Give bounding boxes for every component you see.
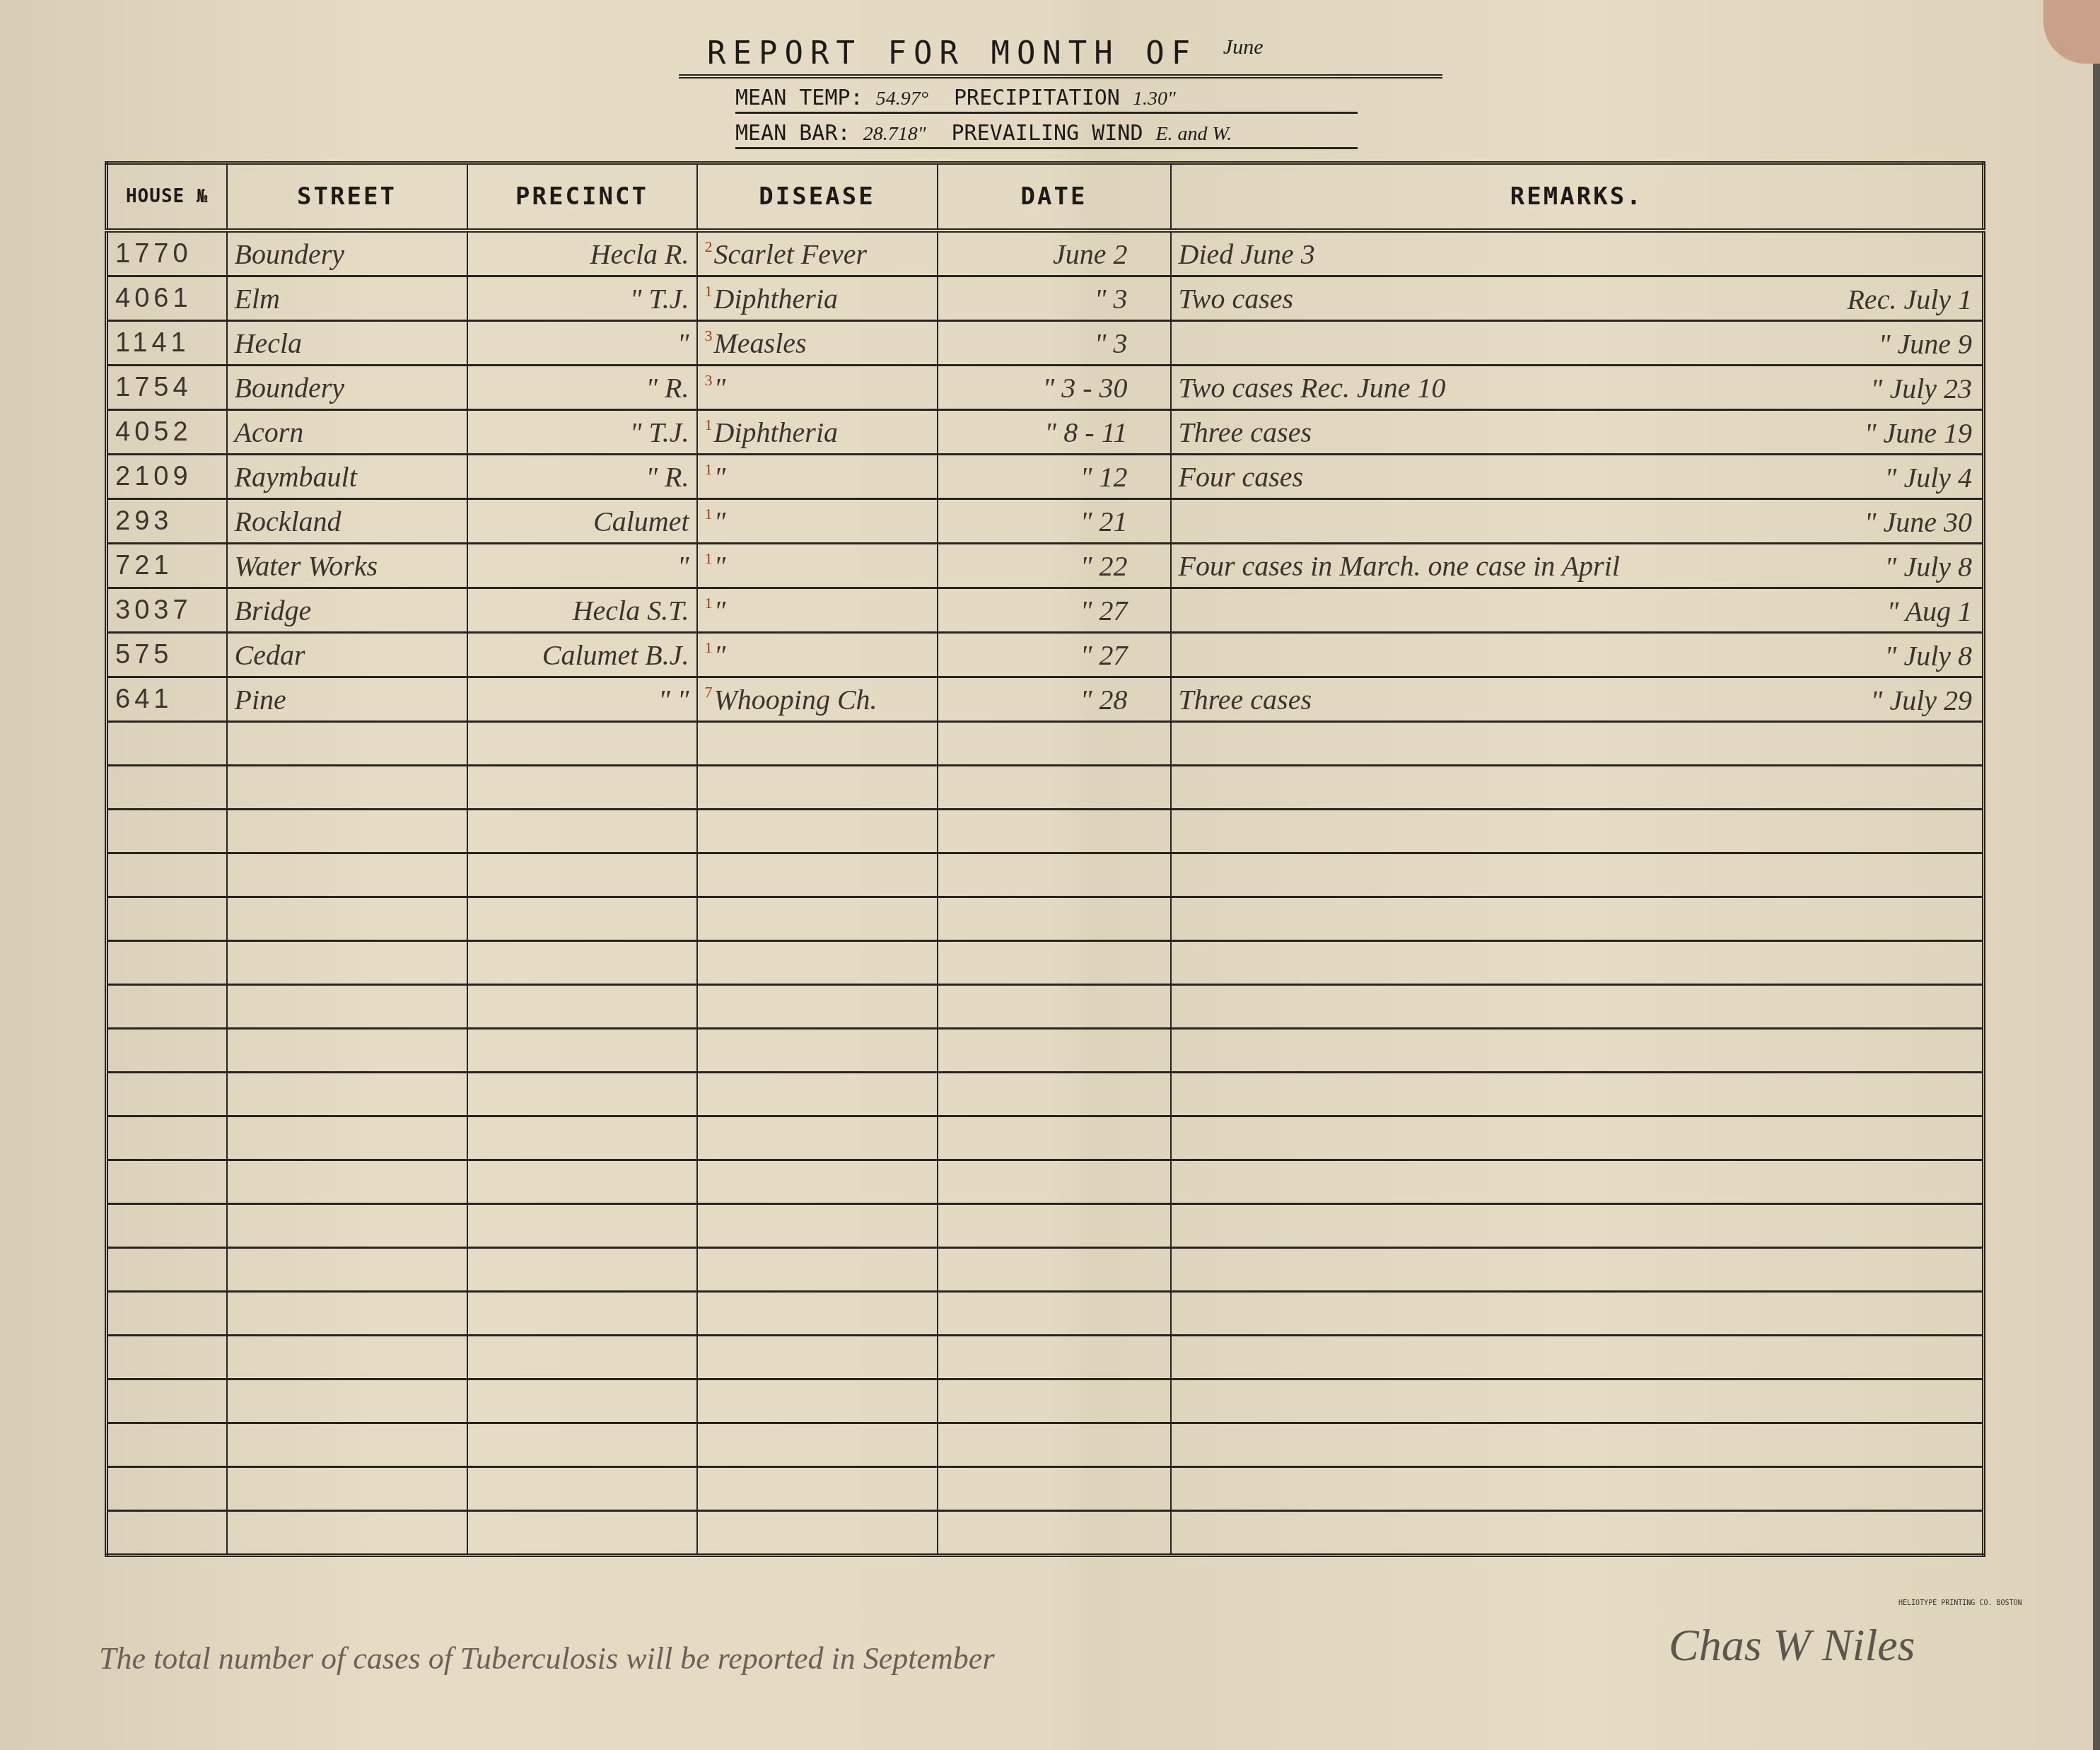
- table-row: 4061Elm" T.J.1Diphtheria" 3Two casesRec.…: [107, 276, 1984, 321]
- table-row: 1754Boundery" R.3"" 3 - 30Two cases Rec.…: [107, 366, 1984, 410]
- house-number: 293: [107, 499, 227, 544]
- disease-cell: 3": [697, 366, 938, 410]
- empty-cell: [697, 941, 938, 985]
- empty-cell: [1171, 1073, 1984, 1116]
- blank-row: [107, 1336, 1984, 1379]
- street: Cedar: [227, 633, 467, 677]
- disease: Measles: [714, 327, 807, 359]
- empty-cell: [697, 1160, 938, 1204]
- precinct: ": [467, 544, 697, 588]
- empty-cell: [227, 722, 467, 766]
- disease-cell: 1": [697, 633, 938, 677]
- house-number: 3037: [107, 588, 227, 633]
- mean-bar-label: MEAN BAR:: [735, 121, 851, 146]
- empty-cell: [938, 1073, 1171, 1116]
- empty-cell: [938, 985, 1171, 1029]
- header-street: STREET: [227, 163, 467, 231]
- street: Acorn: [227, 410, 467, 455]
- empty-cell: [467, 1116, 697, 1160]
- case-count: 1: [705, 416, 713, 433]
- empty-cell: [697, 1467, 938, 1511]
- table-row: 575CedarCalumet B.J.1"" 27" July 8: [107, 633, 1984, 677]
- date: " 27: [938, 633, 1171, 677]
- blank-row: [107, 853, 1984, 897]
- empty-cell: [697, 897, 938, 941]
- empty-cell: [227, 1248, 467, 1292]
- header-remarks: REMARKS.: [1171, 163, 1984, 231]
- date: " 3: [938, 321, 1171, 366]
- empty-cell: [107, 853, 227, 897]
- precinct: Hecla S.T.: [467, 588, 697, 633]
- header-row: HOUSE № STREET PRECINCT DISEASE DATE REM…: [107, 163, 1984, 231]
- empty-cell: [697, 1511, 938, 1556]
- case-count: 3: [705, 327, 713, 344]
- empty-cell: [467, 810, 697, 853]
- empty-cell: [107, 1423, 227, 1467]
- empty-cell: [1171, 1160, 1984, 1204]
- blank-row: [107, 1160, 1984, 1204]
- released-date: " June 30: [1865, 506, 1972, 539]
- empty-cell: [107, 1204, 227, 1248]
- empty-cell: [467, 853, 697, 897]
- empty-cell: [697, 1073, 938, 1116]
- tuberculosis-note: The total number of cases of Tuberculosi…: [99, 1640, 995, 1676]
- released-date: " Aug 1: [1886, 595, 1972, 628]
- empty-cell: [697, 1292, 938, 1336]
- empty-cell: [938, 1336, 1171, 1379]
- blank-row: [107, 1029, 1984, 1073]
- empty-cell: [697, 1423, 938, 1467]
- empty-cell: [697, 853, 938, 897]
- disease-report-table: HOUSE № STREET PRECINCT DISEASE DATE REM…: [105, 161, 1985, 1557]
- empty-cell: [697, 1379, 938, 1423]
- date: " 3: [938, 276, 1171, 321]
- disease: ": [714, 639, 726, 671]
- street: Bridge: [227, 588, 467, 633]
- blank-row: [107, 897, 1984, 941]
- empty-cell: [467, 1029, 697, 1073]
- released-date: " July 8: [1885, 639, 1972, 672]
- remarks-cell: Died June 3: [1171, 231, 1984, 276]
- empty-cell: [697, 766, 938, 810]
- report-title: REPORT FOR MONTH OF June: [679, 35, 1442, 78]
- house-number: 641: [107, 677, 227, 722]
- case-count: 3: [705, 371, 713, 389]
- empty-cell: [938, 1204, 1171, 1248]
- disease-report-table-container: HOUSE № STREET PRECINCT DISEASE DATE REM…: [105, 161, 1985, 1557]
- disease-cell: 2Scarlet Fever: [697, 231, 938, 276]
- case-count: 1: [705, 505, 713, 523]
- precipitation-label: PRECIPITATION: [954, 86, 1120, 110]
- disease: ": [714, 372, 726, 404]
- blank-row: [107, 1379, 1984, 1423]
- blank-row: [107, 1204, 1984, 1248]
- disease-cell: 1": [697, 544, 938, 588]
- blank-row: [107, 941, 1984, 985]
- report-month: June: [1223, 35, 1264, 59]
- table-row: 293RocklandCalumet1"" 21" June 30: [107, 499, 1984, 544]
- remarks-cell: Two casesRec. July 1: [1171, 276, 1984, 321]
- precinct: " ": [467, 677, 697, 722]
- street: Boundery: [227, 231, 467, 276]
- empty-cell: [1171, 1336, 1984, 1379]
- disease: Whooping Ch.: [714, 684, 877, 716]
- empty-cell: [1171, 1248, 1984, 1292]
- case-count: 1: [705, 460, 713, 478]
- empty-cell: [227, 897, 467, 941]
- empty-cell: [697, 1029, 938, 1073]
- table-row: 641Pine" "7Whooping Ch." 28Three cases" …: [107, 677, 1984, 722]
- date: " 27: [938, 588, 1171, 633]
- empty-cell: [938, 1248, 1171, 1292]
- street: Water Works: [227, 544, 467, 588]
- precinct: " R.: [467, 455, 697, 499]
- empty-cell: [1171, 1379, 1984, 1423]
- released-date: " July 23: [1871, 372, 1972, 405]
- mean-temp-value: 54.97°: [876, 88, 928, 110]
- empty-cell: [227, 1029, 467, 1073]
- empty-cell: [938, 1160, 1171, 1204]
- empty-cell: [227, 1379, 467, 1423]
- empty-cell: [107, 1073, 227, 1116]
- empty-cell: [227, 1423, 467, 1467]
- empty-cell: [1171, 1511, 1984, 1556]
- blank-row: [107, 1467, 1984, 1511]
- disease-cell: 1": [697, 455, 938, 499]
- blank-row: [107, 722, 1984, 766]
- remarks-cell: Four cases" July 4: [1171, 455, 1984, 499]
- header-date: DATE: [938, 163, 1171, 231]
- remarks: Died June 3: [1179, 238, 1315, 270]
- house-number: 1141: [107, 321, 227, 366]
- empty-cell: [938, 1292, 1171, 1336]
- disease-cell: 1Diphtheria: [697, 410, 938, 455]
- empty-cell: [107, 1379, 227, 1423]
- empty-cell: [227, 1073, 467, 1116]
- empty-cell: [467, 1336, 697, 1379]
- house-number: 1754: [107, 366, 227, 410]
- house-number: 4052: [107, 410, 227, 455]
- empty-cell: [938, 941, 1171, 985]
- remarks-cell: " Aug 1: [1171, 588, 1984, 633]
- empty-cell: [227, 853, 467, 897]
- table-row: 1141Hecla"3Measles" 3" June 9: [107, 321, 1984, 366]
- house-number: 2109: [107, 455, 227, 499]
- disease-cell: 1Diphtheria: [697, 276, 938, 321]
- empty-cell: [467, 941, 697, 985]
- table-row: 4052Acorn" T.J.1Diphtheria" 8 - 11Three …: [107, 410, 1984, 455]
- empty-cell: [227, 1292, 467, 1336]
- title-text: REPORT FOR MONTH OF: [707, 35, 1197, 71]
- street: Pine: [227, 677, 467, 722]
- empty-cell: [467, 1160, 697, 1204]
- date: " 21: [938, 499, 1171, 544]
- empty-cell: [107, 941, 227, 985]
- date: " 3 - 30: [938, 366, 1171, 410]
- empty-cell: [938, 1379, 1171, 1423]
- blank-row: [107, 1073, 1984, 1116]
- blank-row: [107, 985, 1984, 1029]
- empty-cell: [1171, 1116, 1984, 1160]
- empty-cell: [938, 1467, 1171, 1511]
- empty-cell: [467, 1204, 697, 1248]
- empty-cell: [227, 1160, 467, 1204]
- street: Elm: [227, 276, 467, 321]
- empty-cell: [227, 1204, 467, 1248]
- house-number: 575: [107, 633, 227, 677]
- paper-edge: [2093, 64, 2100, 1750]
- empty-cell: [107, 897, 227, 941]
- disease: ": [714, 595, 726, 626]
- empty-cell: [938, 766, 1171, 810]
- empty-cell: [467, 1511, 697, 1556]
- empty-cell: [1171, 941, 1984, 985]
- remarks: Four cases in March. one case in April: [1179, 550, 1620, 582]
- empty-cell: [938, 810, 1171, 853]
- header-disease: DISEASE: [697, 163, 938, 231]
- empty-cell: [467, 985, 697, 1029]
- remarks-cell: " June 30: [1171, 499, 1984, 544]
- empty-cell: [227, 1467, 467, 1511]
- case-count: 2: [705, 238, 713, 255]
- empty-cell: [697, 1336, 938, 1379]
- date: " 28: [938, 677, 1171, 722]
- empty-cell: [1171, 1467, 1984, 1511]
- date: June 2: [938, 231, 1171, 276]
- empty-cell: [1171, 897, 1984, 941]
- empty-cell: [697, 810, 938, 853]
- empty-cell: [1171, 1423, 1984, 1467]
- empty-cell: [227, 985, 467, 1029]
- remarks: Three cases: [1179, 416, 1312, 448]
- remarks-cell: Four cases in March. one case in April" …: [1171, 544, 1984, 588]
- empty-cell: [697, 1116, 938, 1160]
- released-date: " July 8: [1885, 550, 1972, 583]
- table-row: 1770BounderyHecla R.2Scarlet FeverJune 2…: [107, 231, 1984, 276]
- empty-cell: [697, 985, 938, 1029]
- date: " 12: [938, 455, 1171, 499]
- empty-cell: [1171, 985, 1984, 1029]
- temp-precip-line: MEAN TEMP: 54.97° PRECIPITATION 1.30": [735, 78, 1358, 114]
- blank-row: [107, 810, 1984, 853]
- released-date: Rec. July 1: [1847, 283, 1972, 316]
- empty-cell: [938, 1511, 1171, 1556]
- street: Hecla: [227, 321, 467, 366]
- date: " 22: [938, 544, 1171, 588]
- header-precinct: PRECINCT: [467, 163, 697, 231]
- blank-row: [107, 1292, 1984, 1336]
- empty-cell: [467, 722, 697, 766]
- report-header: REPORT FOR MONTH OF June MEAN TEMP: 54.9…: [679, 35, 1442, 149]
- header-house-no: HOUSE №: [107, 163, 227, 231]
- remarks-cell: " June 9: [1171, 321, 1984, 366]
- empty-cell: [107, 1292, 227, 1336]
- disease: Diphtheria: [714, 283, 839, 315]
- empty-cell: [107, 1467, 227, 1511]
- empty-cell: [938, 1029, 1171, 1073]
- empty-cell: [467, 766, 697, 810]
- disease-cell: 1": [697, 499, 938, 544]
- empty-cell: [938, 722, 1171, 766]
- empty-cell: [107, 722, 227, 766]
- blank-row: [107, 1116, 1984, 1160]
- empty-cell: [938, 1116, 1171, 1160]
- empty-cell: [467, 897, 697, 941]
- empty-cell: [227, 766, 467, 810]
- empty-cell: [1171, 1292, 1984, 1336]
- released-date: " July 4: [1885, 461, 1972, 494]
- empty-cell: [467, 1248, 697, 1292]
- empty-cell: [1171, 1204, 1984, 1248]
- remarks-cell: " July 8: [1171, 633, 1984, 677]
- wind-value: E. and W.: [1156, 123, 1232, 145]
- empty-cell: [467, 1292, 697, 1336]
- case-count: 1: [705, 594, 713, 612]
- empty-cell: [107, 1116, 227, 1160]
- table-row: 3037BridgeHecla S.T.1"" 27" Aug 1: [107, 588, 1984, 633]
- remarks-cell: Two cases Rec. June 10" July 23: [1171, 366, 1984, 410]
- disease-cell: 3Measles: [697, 321, 938, 366]
- disease: Scarlet Fever: [714, 238, 868, 270]
- precinct: " T.J.: [467, 410, 697, 455]
- remarks: Three cases: [1179, 684, 1312, 716]
- empty-cell: [107, 1511, 227, 1556]
- remarks: Four cases: [1179, 461, 1304, 493]
- blank-row: [107, 1423, 1984, 1467]
- remarks: Two cases: [1179, 283, 1294, 315]
- blank-row: [107, 1511, 1984, 1556]
- mean-bar-value: 28.718": [863, 123, 926, 145]
- empty-cell: [107, 1160, 227, 1204]
- precinct: " T.J.: [467, 276, 697, 321]
- street: Raymbault: [227, 455, 467, 499]
- empty-cell: [467, 1423, 697, 1467]
- case-count: 1: [705, 638, 713, 656]
- empty-cell: [938, 897, 1171, 941]
- case-count: 7: [705, 683, 713, 701]
- empty-cell: [697, 1204, 938, 1248]
- disease: ": [714, 461, 726, 493]
- remarks-cell: Three cases" July 29: [1171, 677, 1984, 722]
- empty-cell: [107, 1336, 227, 1379]
- precipitation-value: 1.30": [1133, 88, 1176, 110]
- empty-cell: [227, 1336, 467, 1379]
- empty-cell: [1171, 853, 1984, 897]
- empty-cell: [1171, 1029, 1984, 1073]
- released-date: " June 19: [1865, 416, 1972, 450]
- precinct: ": [467, 321, 697, 366]
- empty-cell: [467, 1379, 697, 1423]
- precinct: " R.: [467, 366, 697, 410]
- blank-row: [107, 766, 1984, 810]
- empty-cell: [1171, 810, 1984, 853]
- mean-temp-label: MEAN TEMP:: [735, 86, 863, 110]
- released-date: " June 9: [1879, 327, 1972, 361]
- signature: Chas W Niles: [1669, 1619, 1915, 1672]
- disease: ": [714, 550, 726, 582]
- bar-wind-line: MEAN BAR: 28.718" PREVAILING WIND E. and…: [735, 114, 1358, 149]
- house-number: 4061: [107, 276, 227, 321]
- date: " 8 - 11: [938, 410, 1171, 455]
- empty-cell: [1171, 766, 1984, 810]
- empty-cell: [107, 810, 227, 853]
- disease: Diphtheria: [714, 416, 839, 448]
- empty-cell: [697, 1248, 938, 1292]
- empty-cell: [1171, 722, 1984, 766]
- disease-cell: 1": [697, 588, 938, 633]
- empty-cell: [107, 1029, 227, 1073]
- remarks-cell: Three cases" June 19: [1171, 410, 1984, 455]
- case-count: 1: [705, 282, 713, 300]
- empty-cell: [467, 1073, 697, 1116]
- printer-imprint: HELIOTYPE PRINTING CO. BOSTON: [1898, 1599, 2022, 1607]
- disease-cell: 7Whooping Ch.: [697, 677, 938, 722]
- empty-cell: [467, 1467, 697, 1511]
- table-row: 721Water Works"1"" 22Four cases in March…: [107, 544, 1984, 588]
- precinct: Hecla R.: [467, 231, 697, 276]
- house-number: 721: [107, 544, 227, 588]
- house-number: 1770: [107, 231, 227, 276]
- empty-cell: [107, 985, 227, 1029]
- empty-cell: [938, 1423, 1171, 1467]
- precinct: Calumet B.J.: [467, 633, 697, 677]
- empty-cell: [227, 1116, 467, 1160]
- released-date: " July 29: [1871, 684, 1972, 717]
- disease: ": [714, 506, 726, 537]
- table-row: 2109Raymbault" R.1"" 12Four cases" July …: [107, 455, 1984, 499]
- empty-cell: [107, 766, 227, 810]
- thumb-shadow: [2043, 0, 2100, 64]
- empty-cell: [697, 722, 938, 766]
- empty-cell: [107, 1248, 227, 1292]
- blank-row: [107, 1248, 1984, 1292]
- case-count: 1: [705, 549, 713, 567]
- empty-cell: [227, 941, 467, 985]
- street: Boundery: [227, 366, 467, 410]
- wind-label: PREVAILING WIND: [952, 121, 1143, 146]
- empty-cell: [227, 1511, 467, 1556]
- precinct: Calumet: [467, 499, 697, 544]
- street: Rockland: [227, 499, 467, 544]
- empty-cell: [227, 810, 467, 853]
- empty-cell: [938, 853, 1171, 897]
- remarks: Two cases Rec. June 10: [1179, 372, 1446, 404]
